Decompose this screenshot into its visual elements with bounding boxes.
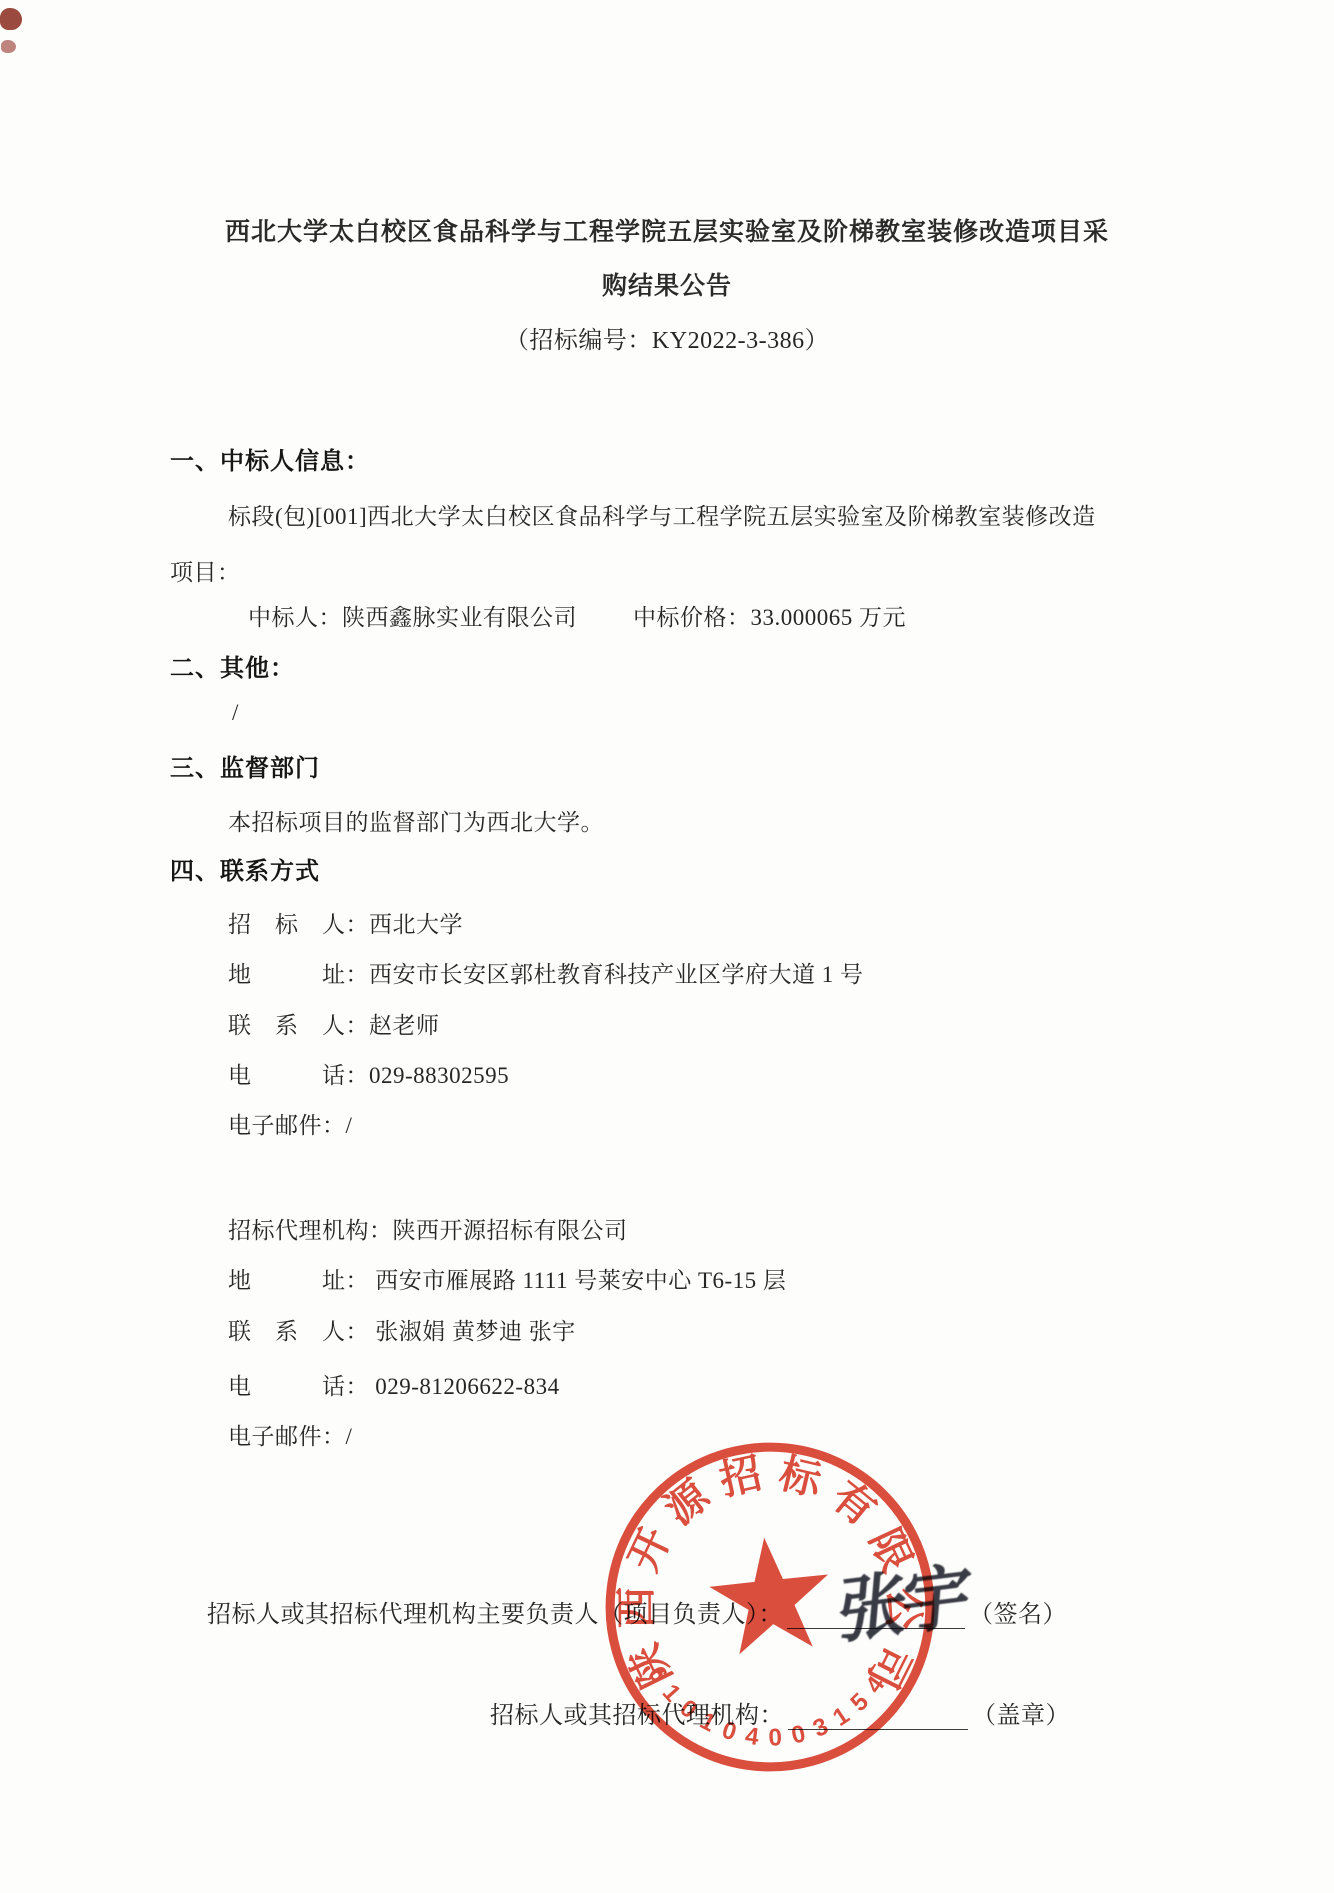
agency-email-label: 电子邮件： [228,1424,346,1449]
scan-artifact [0,8,22,30]
signoff-line1-label: 招标人或其招标代理机构主要负责人（项目负责人）： [207,1602,783,1628]
tenderer-name-value: 西北大学 [369,912,463,937]
signoff-line2: 招标人或其招标代理机构：（盖章） [490,1695,1070,1730]
tenderer-phone-label: 电 话： [228,1063,369,1088]
bid-number: （招标编号：KY2022-3-386） [0,320,1334,355]
tenderer-contact-row: 联 系 人：赵老师 [228,1007,440,1040]
winner-name: 陕西鑫脉实业有限公司 [342,605,577,630]
scanned-document-page: 西北大学太白校区食品科学与工程学院五层实验室及阶梯教室装修改造项目采 购结果公告… [0,0,1334,1893]
signoff-line1-suffix: （签名） [969,1602,1067,1628]
agency-address-label: 地 址： [228,1268,375,1293]
agency-contact-value: 张淑娟 黄梦迪 张宇 [375,1319,576,1344]
tenderer-name-row: 招 标 人：西北大学 [228,906,463,939]
section3-content: 本招标项目的监督部门为西北大学。 [228,804,604,837]
agency-phone-value: 029-81206622-834 [375,1374,559,1399]
signoff-line2-label: 招标人或其招标代理机构： [490,1703,784,1729]
tenderer-email-row: 电子邮件：/ [228,1107,352,1140]
winner-info-row: 中标人：陕西鑫脉实业有限公司 中标价格：33.000065 万元 [248,599,906,632]
section2-content: / [232,700,239,726]
tenderer-phone-value: 029-88302595 [369,1063,509,1088]
agency-name-value: 陕西开源招标有限公司 [393,1218,628,1243]
section1-paragraph-line2: 项目： [170,554,241,587]
handwritten-signature: 张宇 [834,1539,970,1657]
agency-email-row: 电子邮件：/ [228,1418,352,1451]
winner-cell: 中标人：陕西鑫脉实业有限公司 [248,599,577,632]
agency-name-label: 招标代理机构： [228,1218,393,1243]
agency-contact-row: 联 系 人： 张淑娟 黄梦迪 张宇 [228,1313,576,1346]
section1-heading: 一、中标人信息： [170,441,370,476]
price-label: 中标价格： [633,605,751,630]
tenderer-address-row: 地 址：西安市长安区郭杜教育科技产业区学府大道 1 号 [228,956,864,989]
agency-address-value: 西安市雁展路 1111 号莱安中心 T6-15 层 [375,1268,786,1293]
scan-artifact [1,40,16,53]
agency-name-row: 招标代理机构：陕西开源招标有限公司 [228,1212,628,1245]
price-value: 33.000065 万元 [751,605,907,630]
signoff-line2-suffix: （盖章） [972,1703,1070,1729]
agency-email-value: / [346,1424,353,1449]
price-cell: 中标价格：33.000065 万元 [633,599,906,632]
tenderer-email-value: / [346,1113,353,1138]
section2-heading: 二、其他： [170,648,295,683]
winner-label: 中标人： [248,605,342,630]
tenderer-phone-row: 电 话：029-88302595 [228,1057,509,1090]
agency-address-row: 地 址： 西安市雁展路 1111 号莱安中心 T6-15 层 [228,1262,786,1295]
tenderer-contact-label: 联 系 人： [228,1013,369,1038]
section3-heading: 三、监督部门 [170,748,320,783]
section4-heading: 四、联系方式 [170,851,320,886]
seal-blank-line [788,1705,968,1730]
tenderer-name-label: 招 标 人： [228,912,369,937]
tenderer-email-label: 电子邮件： [228,1113,346,1138]
section1-paragraph-line1: 标段(包)[001]西北大学太白校区食品科学与工程学院五层实验室及阶梯教室装修改… [228,498,1096,531]
tenderer-contact-value: 赵老师 [369,1013,440,1038]
document-title-line2: 购结果公告 [0,266,1334,302]
tenderer-address-label: 地 址： [228,962,369,987]
agency-phone-label: 电 话： [228,1374,375,1399]
tenderer-address-value: 西安市长安区郭杜教育科技产业区学府大道 1 号 [369,962,864,987]
agency-contact-label: 联 系 人： [228,1319,375,1344]
document-title-line1: 西北大学太白校区食品科学与工程学院五层实验室及阶梯教室装修改造项目采 [0,212,1334,248]
agency-phone-row: 电 话： 029-81206622-834 [228,1368,560,1401]
